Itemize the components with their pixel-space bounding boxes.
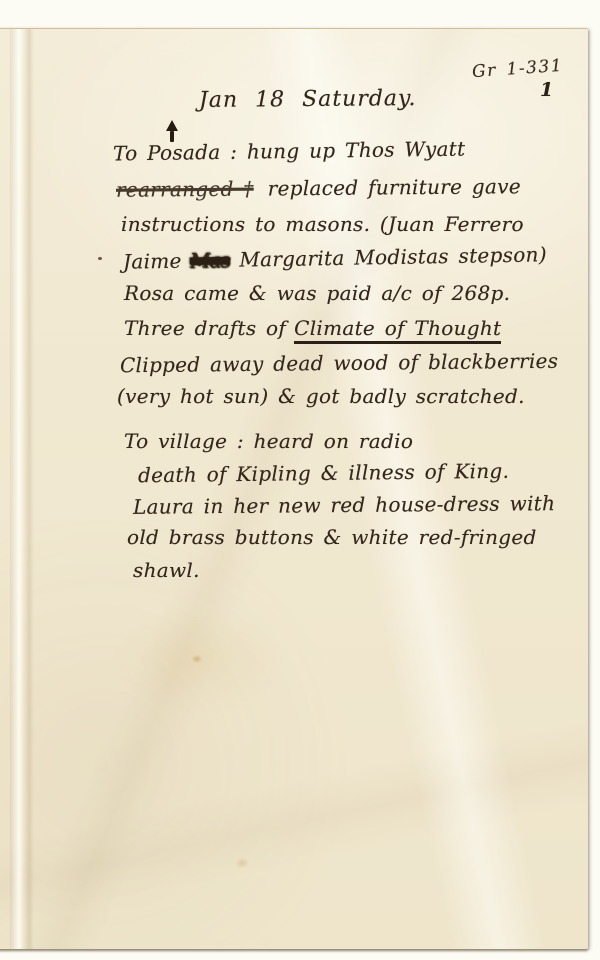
page-number: 1 (540, 79, 554, 101)
diary-line: JaimeMasMargarita Modistas stepson) (123, 242, 547, 273)
diary-line: (very hot sun) & got badly scratched. (117, 384, 525, 408)
diary-line-text: replaced furniture gave (268, 174, 521, 200)
diary-line: death of Kipling & illness of King. (138, 459, 510, 488)
crossed-out-word: rearranged † (116, 177, 254, 202)
diary-line: Laura in her new red house-dress with (133, 491, 555, 519)
diary-line: instructions to masons. (Juan Ferrero (121, 212, 524, 236)
diary-line-text: Three drafts of (124, 316, 286, 340)
diary-line: Clipped away dead wood of blackberries (120, 349, 559, 378)
arrow-head (166, 120, 178, 131)
diary-line: rearranged †replaced furniture gave (116, 174, 521, 202)
entry-date-title: Jan 18 Saturday. (199, 86, 417, 113)
diary-line: shawl. (133, 558, 200, 582)
diary-line: old brass buttons & white red-fringed (127, 525, 537, 549)
diary-line-text: Jaime (123, 249, 182, 274)
diary-line-text: Margarita Modistas stepson) (239, 242, 547, 271)
diary-line: Rosa came & was paid a/c of 268p. (124, 281, 510, 305)
insertion-arrow-icon (165, 120, 179, 143)
diary-line: To village : heard on radio (124, 429, 413, 453)
ink-blot-dot (98, 257, 102, 260)
scribbled-out-word: Mas (189, 248, 229, 273)
diary-line: Three drafts ofClimate of Thought (124, 316, 501, 340)
paper-crease (10, 29, 34, 949)
underlined-work-title: Climate of Thought (294, 316, 501, 344)
manuscript-page: Gr 1-331 1 Jan 18 Saturday. To Posada : … (0, 28, 588, 949)
diary-line: To Posada : hung up Thos Wyatt (113, 137, 466, 166)
